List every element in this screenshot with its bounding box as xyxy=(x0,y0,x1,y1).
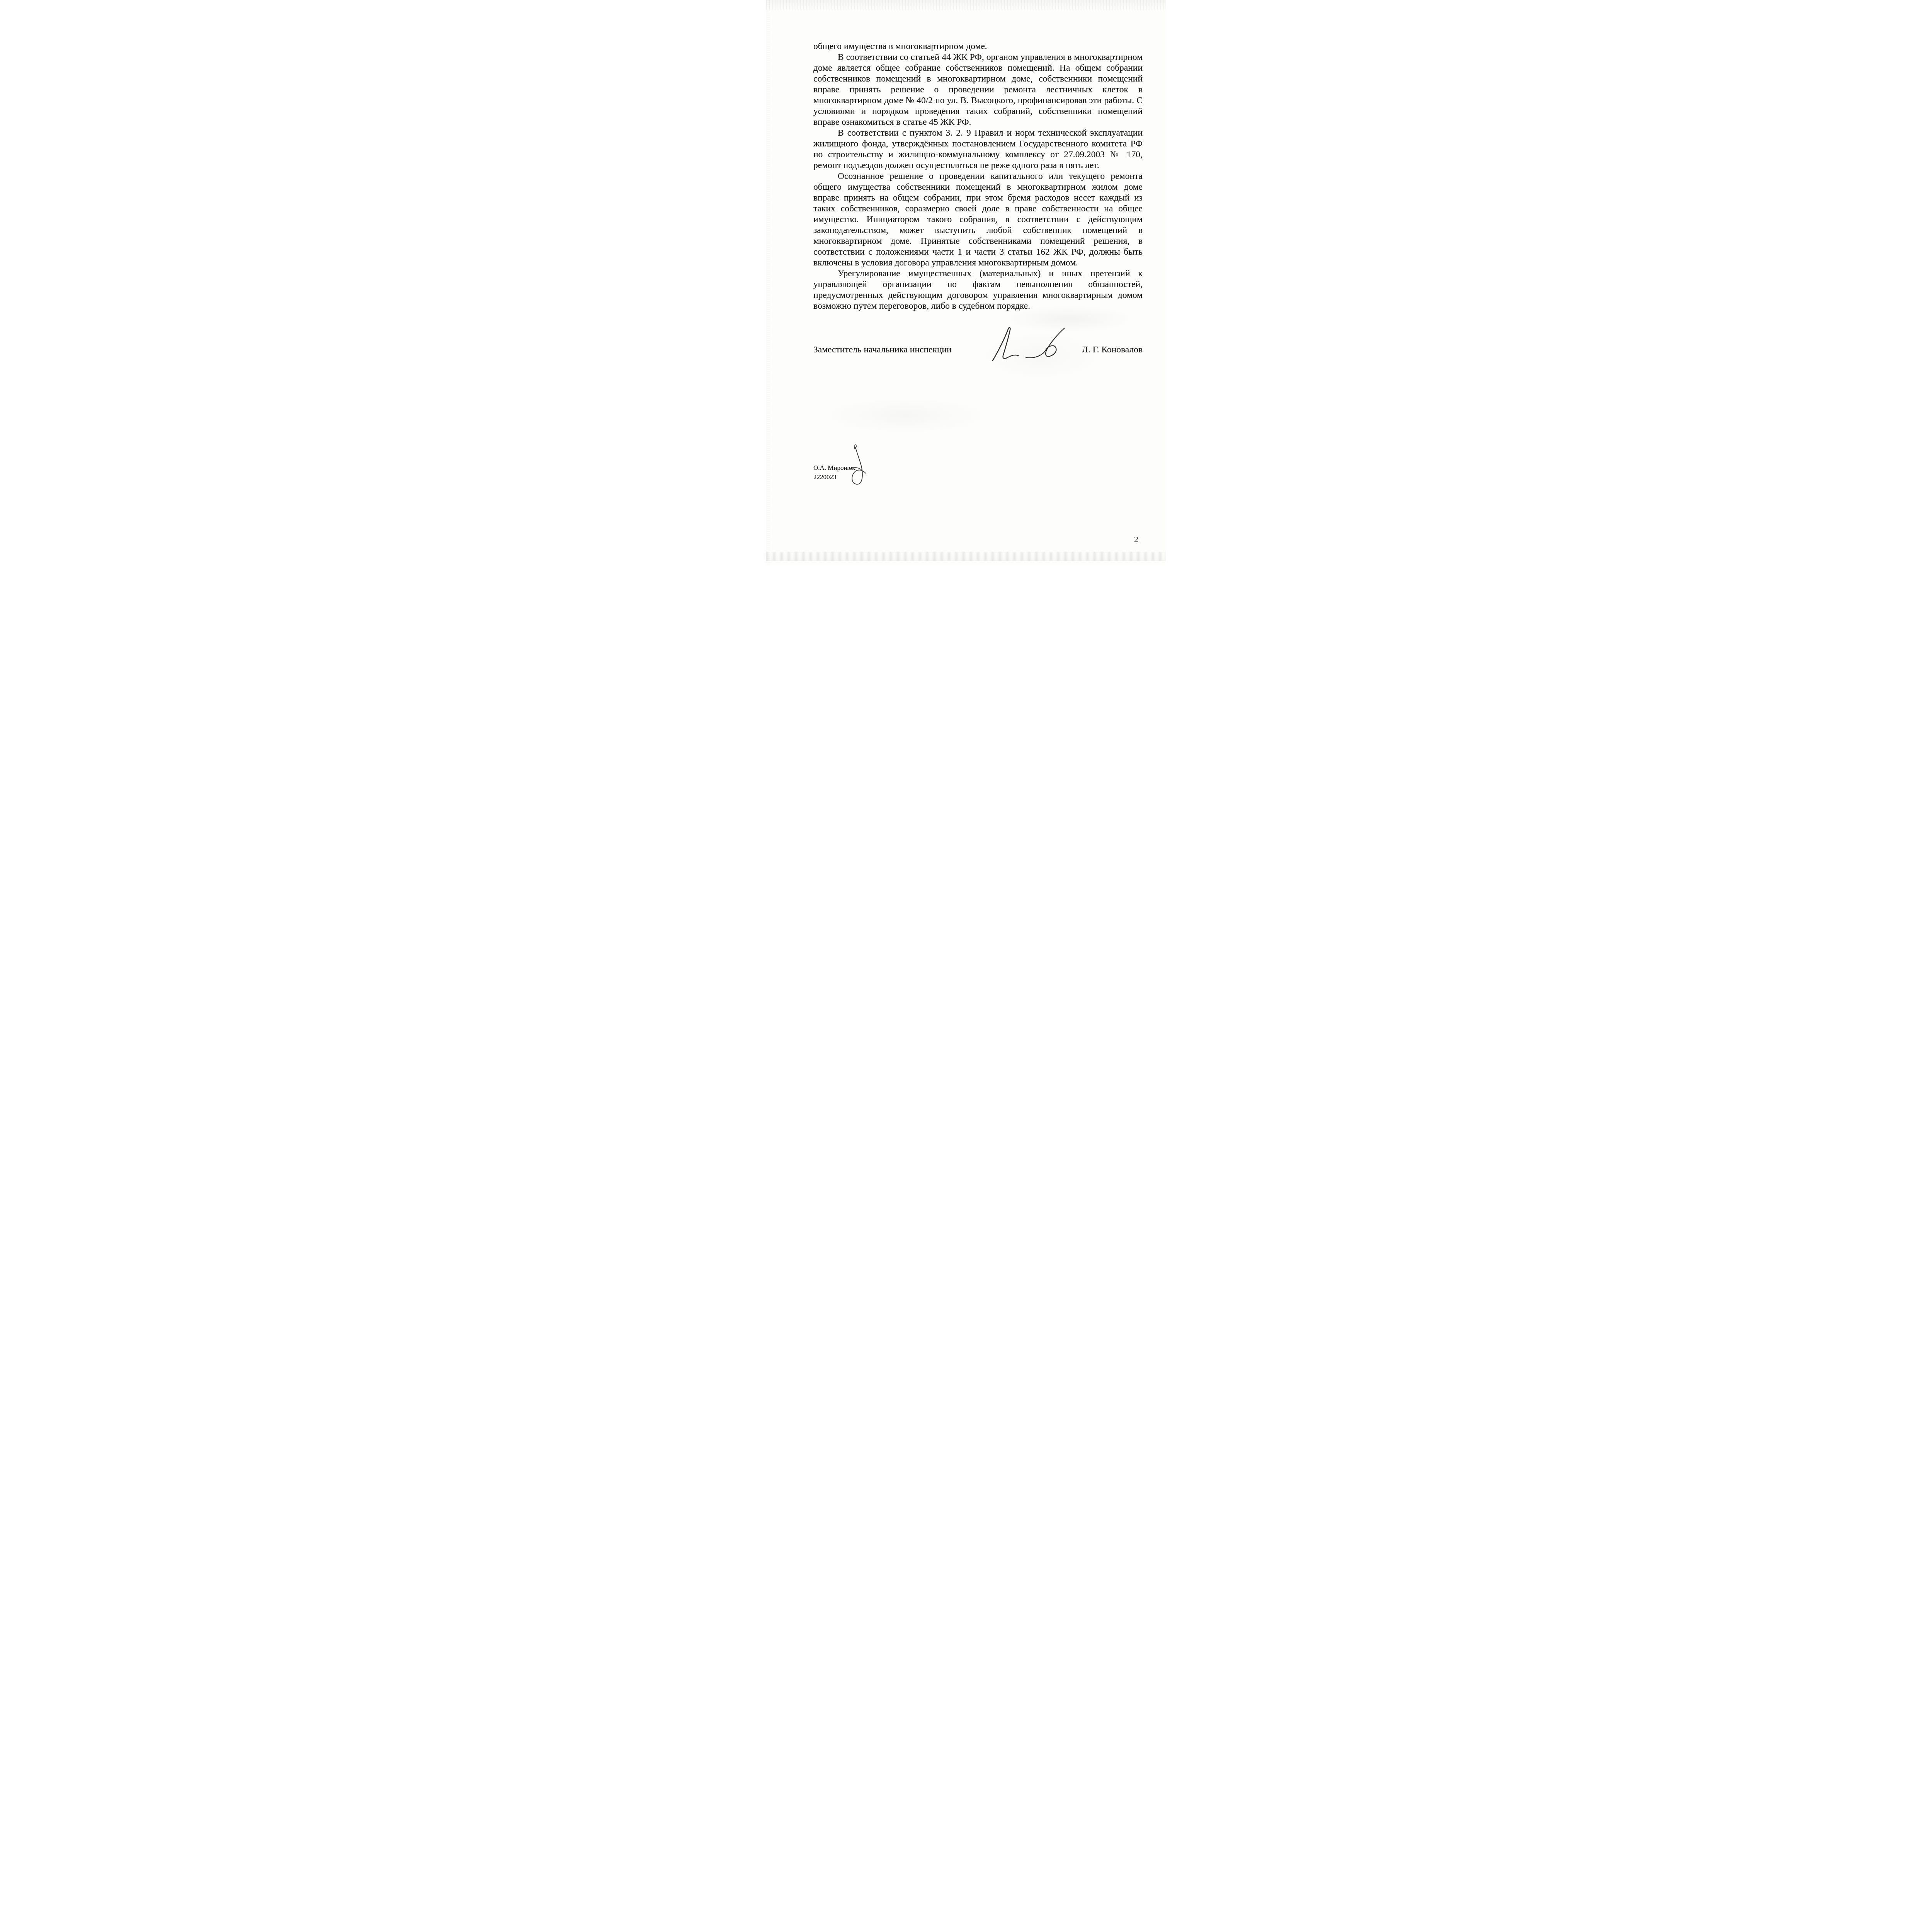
scan-smudge xyxy=(824,398,986,433)
signer-title: Заместитель начальника инспекции xyxy=(813,345,952,355)
paragraph: В соответствии с пунктом 3. 2. 9 Правил … xyxy=(813,128,1143,171)
executor-phone: 2220023 xyxy=(813,473,855,482)
paragraph-continuation: общего имущества в многоквартирном доме. xyxy=(813,41,1143,52)
paragraph: В соответствии со статьей 44 ЖК РФ, орга… xyxy=(813,52,1143,128)
scan-noise-bottom-band xyxy=(766,552,1166,561)
signer-name: Л. Г. Коновалов xyxy=(1082,345,1143,355)
page-number: 2 xyxy=(1134,534,1138,544)
signature-scribble xyxy=(989,327,1067,361)
executor-block: О.А. Миронюк 2220023 xyxy=(813,463,855,482)
paragraph: Осознанное решение о проведении капиталь… xyxy=(813,171,1143,268)
executor-name: О.А. Миронюк xyxy=(813,463,855,473)
scan-noise-top-band xyxy=(766,0,1166,10)
scanned-document-page: общего имущества в многоквартирном доме.… xyxy=(766,0,1166,565)
document-body: общего имущества в многоквартирном доме.… xyxy=(813,41,1143,311)
scan-noise-left-band xyxy=(766,0,770,565)
signature-block: Заместитель начальника инспекции Л. Г. К… xyxy=(813,345,1143,360)
paragraph: Урегулирование имущественных (материальн… xyxy=(813,268,1143,311)
